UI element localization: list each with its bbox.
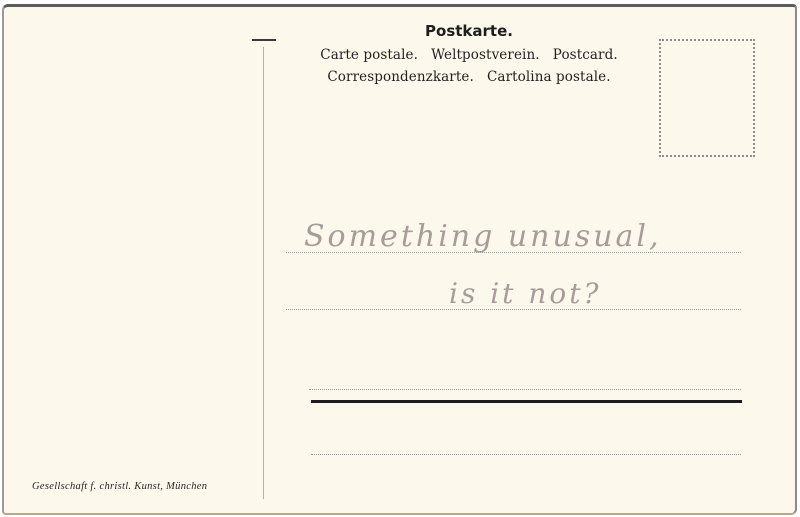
publisher-imprint: Gesellschaft f. christl. Kunst, München bbox=[32, 481, 207, 492]
postcard-title: Postkarte. bbox=[304, 22, 634, 40]
center-divider bbox=[263, 47, 264, 499]
handwritten-line-1: Something unusual, bbox=[304, 219, 662, 254]
address-underline bbox=[311, 400, 742, 403]
postcard-subtitle-line2: Correspondenzkarte. Cartolina postale. bbox=[284, 69, 654, 85]
postcard-back: Postkarte. Carte postale. Weltpostverein… bbox=[2, 4, 797, 515]
handwritten-line-2: is it not? bbox=[449, 277, 602, 310]
address-line-3 bbox=[309, 389, 741, 390]
divider-cap bbox=[252, 39, 276, 41]
postcard-subtitle-line1: Carte postale. Weltpostverein. Postcard. bbox=[284, 47, 654, 63]
stamp-box bbox=[659, 39, 755, 157]
address-line-4 bbox=[311, 454, 741, 455]
